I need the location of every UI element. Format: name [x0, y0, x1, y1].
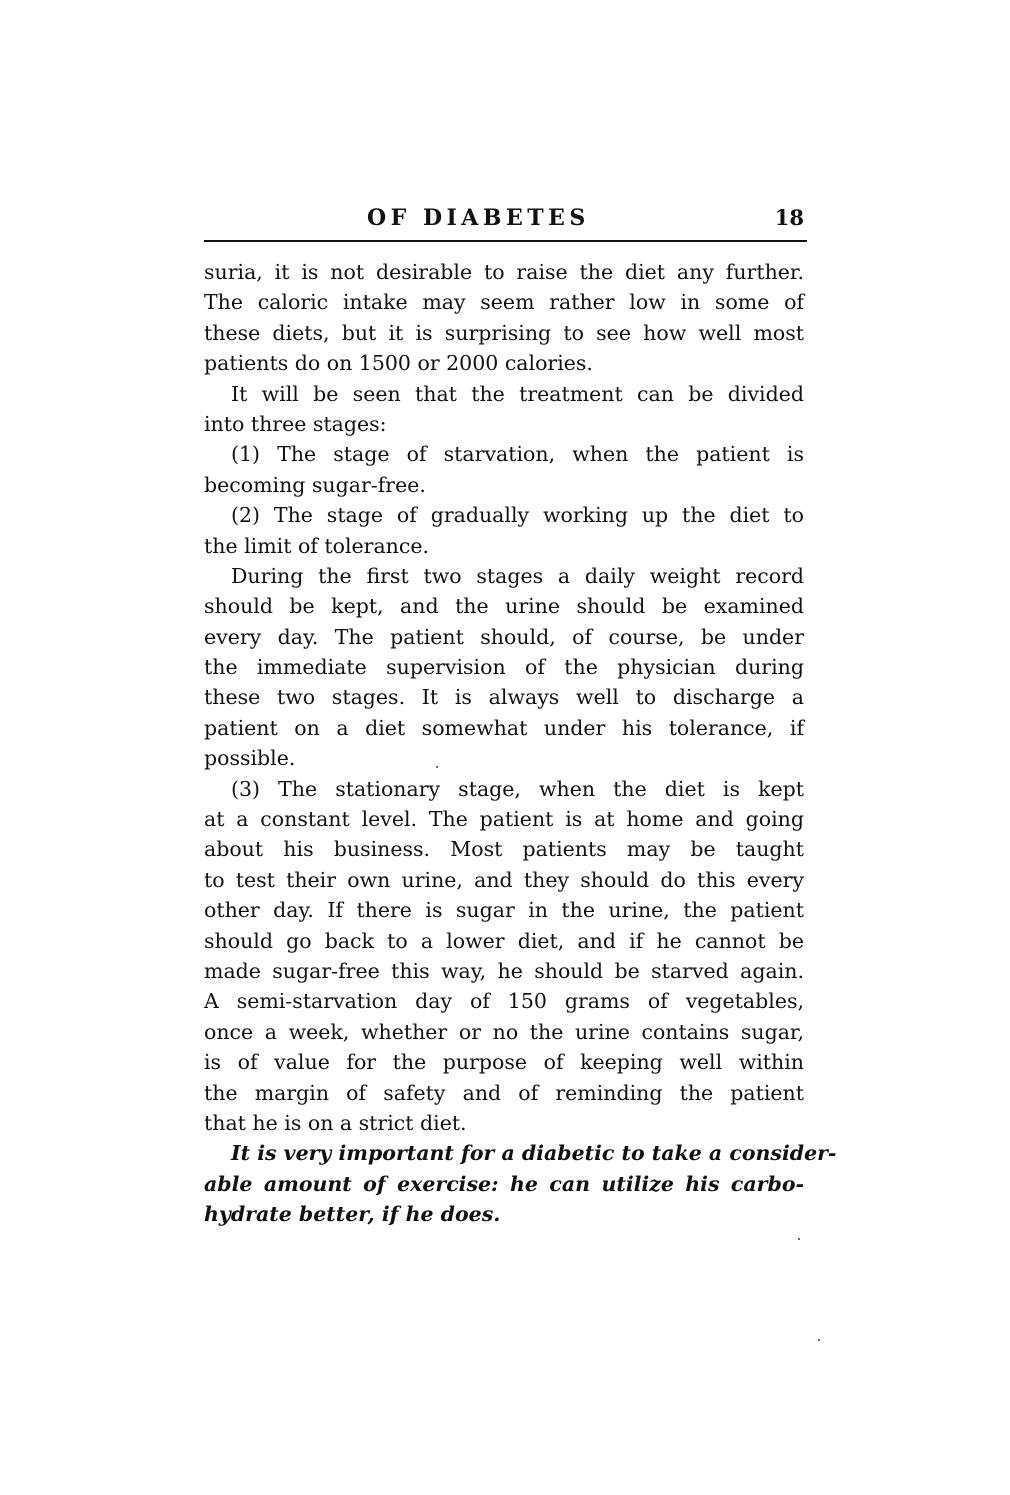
text-line: is of value for the purpose of keeping w…	[204, 1047, 804, 1077]
text-line: (2) The stage of gradually working up th…	[204, 500, 804, 530]
text-line: should go back to a lower diet, and if h…	[204, 926, 804, 956]
text-line: at a constant level. The patient is at h…	[204, 804, 804, 834]
text-line: It will be seen that the treatment can b…	[204, 379, 804, 409]
text-line: able amount of exercise: he can utilize …	[204, 1169, 804, 1199]
text-line: every day. The patient should, of course…	[204, 622, 804, 652]
text-line: suria, it is not desirable to raise the …	[204, 257, 804, 287]
text-line: these diets, but it is surprising to see…	[204, 318, 804, 348]
text-line: once a week, whether or no the urine con…	[204, 1017, 804, 1047]
text-line: other day. If there is sugar in the urin…	[204, 895, 804, 925]
text-line: (1) The stage of starvation, when the pa…	[204, 439, 804, 469]
text-line: the margin of safety and of reminding th…	[204, 1078, 804, 1108]
text-line: A semi-starvation day of 150 grams of ve…	[204, 986, 804, 1016]
text-line: patients do on 1500 or 2000 calories.	[204, 348, 804, 378]
paragraph-exercise-note: It is very important for a diabetic to t…	[204, 1138, 804, 1229]
paragraph-three-stages-intro: It will be seen that the treatment can b…	[204, 379, 804, 440]
text-line: into three stages:	[204, 409, 804, 439]
text-line: (3) The stationary stage, when the diet …	[204, 774, 804, 804]
running-title: OF DIABETES	[367, 203, 590, 233]
running-head: OF DIABETES 18	[204, 203, 804, 233]
text-line: to test their own urine, and they should…	[204, 865, 804, 895]
header-rule	[204, 240, 807, 242]
body-text: suria, it is not desirable to raise the …	[204, 257, 804, 1230]
text-line: patient on a diet somewhat under his tol…	[204, 713, 804, 743]
paragraph-stage-1: (1) The stage of starvation, when the pa…	[204, 439, 804, 500]
text-line: about his business. Most patients may be…	[204, 834, 804, 864]
text-line: should be kept, and the urine should be …	[204, 591, 804, 621]
text-line: It is very important for a diabetic to t…	[204, 1138, 804, 1168]
page-number: 18	[775, 203, 804, 233]
text-line: becoming sugar-free.	[204, 470, 804, 500]
text-line: the limit of tolerance.	[204, 531, 804, 561]
paragraph-continuation: suria, it is not desirable to raise the …	[204, 257, 804, 379]
paragraph-stage-3: (3) The stationary stage, when the diet …	[204, 774, 804, 1139]
text-line: that he is on a strict diet.	[204, 1108, 804, 1138]
text-line: hydrate better, if he does.	[204, 1199, 804, 1229]
text-line: possible.	[204, 743, 804, 773]
text-line: made sugar-free this way, he should be s…	[204, 956, 804, 986]
text-line: During the first two stages a daily weig…	[204, 561, 804, 591]
print-speck	[436, 766, 438, 768]
print-speck	[818, 1339, 820, 1341]
paragraph-first-two-stages: During the first two stages a daily weig…	[204, 561, 804, 774]
text-line: these two stages. It is always well to d…	[204, 682, 804, 712]
print-speck	[798, 1238, 800, 1240]
book-page: OF DIABETES 18 suria, it is not desirabl…	[0, 0, 1010, 1495]
text-line: the immediate supervision of the physici…	[204, 652, 804, 682]
text-line: The caloric intake may seem rather low i…	[204, 287, 804, 317]
paragraph-stage-2: (2) The stage of gradually working up th…	[204, 500, 804, 561]
